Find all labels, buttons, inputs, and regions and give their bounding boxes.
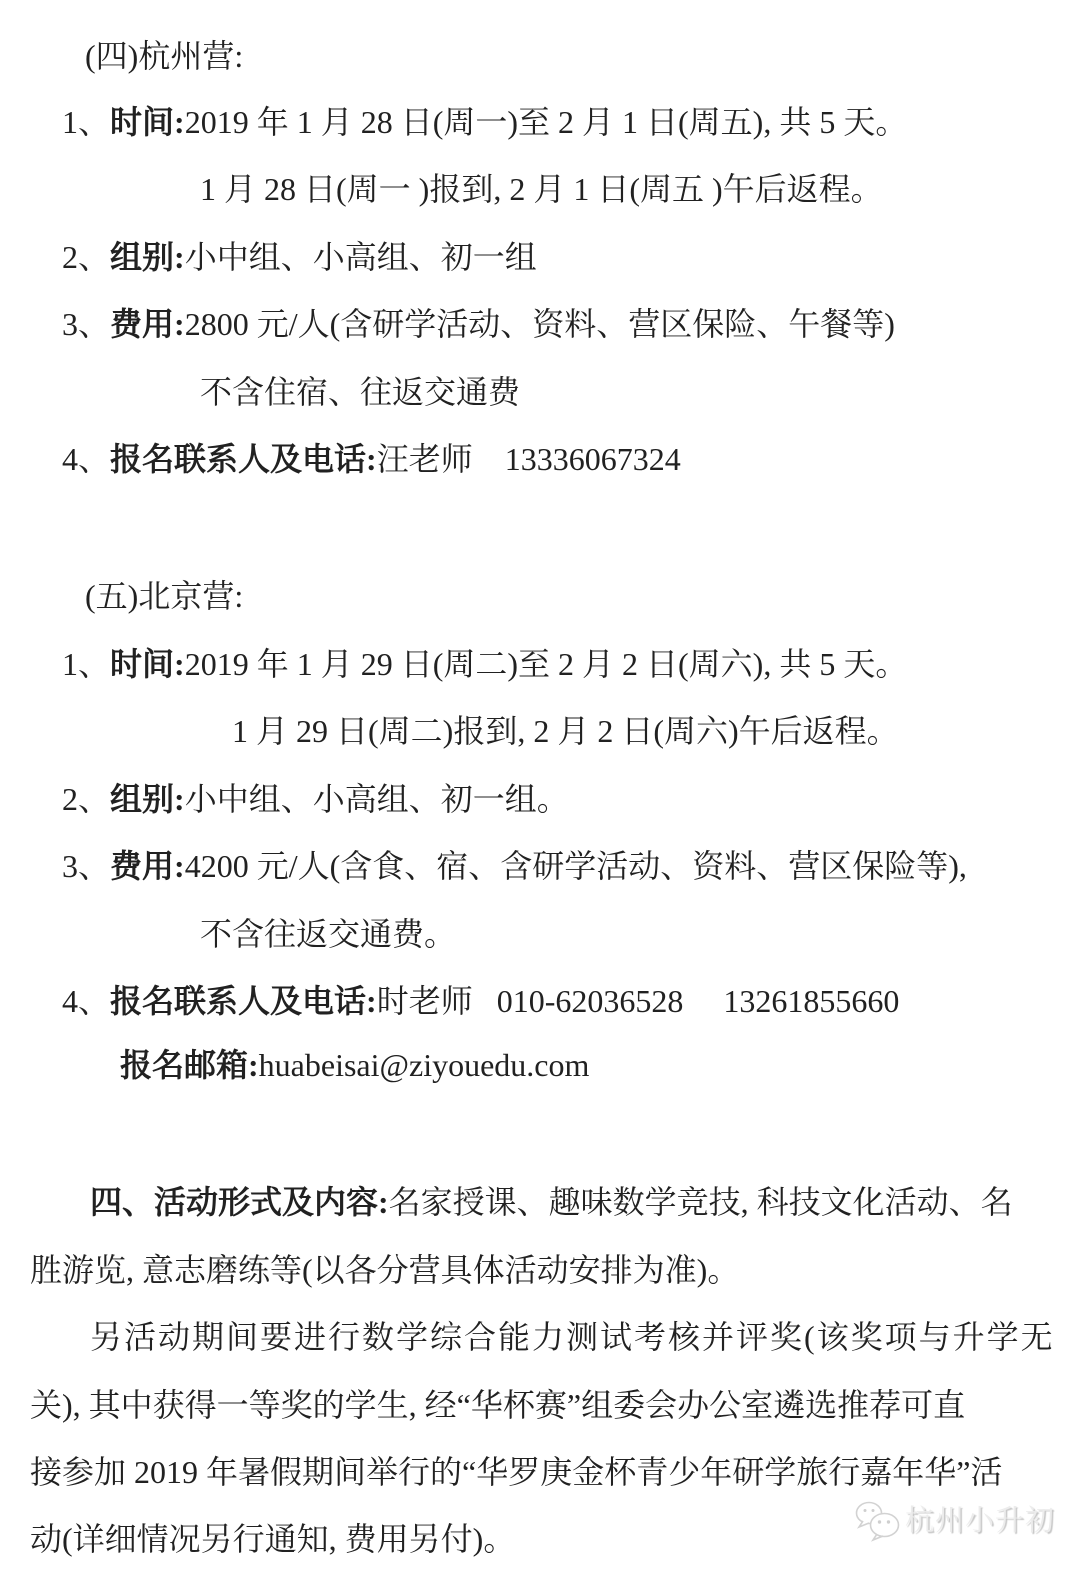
activities-paragraph2-line2: 关), 其中获得一等奖的学生, 经“华杯赛”组委会办公室遴选推荐可直 — [30, 1385, 965, 1425]
activities-paragraph1-line1: 四、活动形式及内容:名家授课、趣味数学竞技, 科技文化活动、名 — [90, 1182, 1013, 1222]
activities-paragraph2-line4: 动(详细情况另行通知, 费用另付)。 — [30, 1519, 515, 1559]
hangzhou-fee-line: 3、费用:2800 元/人(含研学活动、资料、营区保险、午餐等) — [62, 304, 895, 344]
activities-paragraph1-line2: 胜游览, 意志磨练等(以各分营具体活动安排为准)。 — [30, 1250, 739, 1290]
item-value: 2800 元/人(含研学活动、资料、营区保险、午餐等) — [185, 306, 895, 342]
watermark-text: 杭州小升初 — [905, 1503, 1055, 1539]
item-number: 3、 — [62, 306, 110, 342]
item-number: 2、 — [62, 781, 110, 817]
item-number: 4、 — [62, 983, 110, 1019]
item-value: 2019 年 1 月 28 日(周一)至 2 月 1 日(周五), 共 5 天。 — [185, 104, 908, 140]
item-label: 费用: — [110, 306, 185, 342]
activities-paragraph2-line1: 另活动期间要进行数学综合能力测试考核并评奖(该奖项与升学无 — [90, 1317, 1055, 1357]
item-value: 不含往返交通费。 — [200, 916, 456, 952]
wechat-icon — [854, 1500, 902, 1542]
paragraph-text: 名家授课、趣味数学竞技, 科技文化活动、名 — [389, 1184, 1013, 1220]
item-label: 报名联系人及电话: — [110, 441, 377, 477]
item-value: 2019 年 1 月 29 日(周二)至 2 月 2 日(周六), 共 5 天。 — [185, 646, 908, 682]
beijing-camp-heading: (五)北京营: — [85, 576, 243, 616]
paragraph-text: 胜游览, 意志磨练等(以各分营具体活动安排为准)。 — [30, 1252, 739, 1288]
item-number: 1、 — [62, 646, 110, 682]
item-value: 小中组、小高组、初一组 — [185, 239, 537, 275]
paragraph-text: 动(详细情况另行通知, 费用另付)。 — [30, 1521, 515, 1557]
item-value: 1 月 29 日(周二)报到, 2 月 2 日(周六)午后返程。 — [232, 713, 899, 749]
item-label: 时间: — [110, 646, 185, 682]
section-lead: 四、活动形式及内容: — [90, 1184, 389, 1220]
paragraph-text: 另活动期间要进行数学综合能力测试考核并评奖(该奖项与升学无 — [90, 1319, 1055, 1355]
activities-paragraph2-line3: 接参加 2019 年暑假期间举行的“华罗庚金杯青少年研学旅行嘉年华”活 — [30, 1452, 1002, 1492]
heading-text: (四)杭州营: — [85, 38, 243, 74]
item-label: 组别: — [110, 781, 185, 817]
paragraph-text: 接参加 2019 年暑假期间举行的“华罗庚金杯青少年研学旅行嘉年华”活 — [30, 1454, 1002, 1490]
hangzhou-camp-heading: (四)杭州营: — [85, 36, 243, 76]
item-value: 4200 元/人(含食、宿、含研学活动、资料、营区保险等), — [185, 848, 967, 884]
beijing-time-line: 1、时间:2019 年 1 月 29 日(周二)至 2 月 2 日(周六), 共… — [62, 644, 907, 684]
item-value: 小中组、小高组、初一组。 — [185, 781, 569, 817]
item-number: 4、 — [62, 441, 110, 477]
beijing-contact-line: 4、报名联系人及电话:时老师 010-62036528 13261855660 — [62, 981, 899, 1021]
item-number: 3、 — [62, 848, 110, 884]
hangzhou-time-line2: 1 月 28 日(周一 )报到, 2 月 1 日(周五 )午后返程。 — [200, 169, 883, 209]
item-number: 1、 — [62, 104, 110, 140]
item-number: 2、 — [62, 239, 110, 275]
heading-text: (五)北京营: — [85, 578, 243, 614]
hangzhou-contact-line: 4、报名联系人及电话:汪老师 13336067324 — [62, 439, 681, 479]
hangzhou-time-line: 1、时间:2019 年 1 月 28 日(周一)至 2 月 1 日(周五), 共… — [62, 102, 907, 142]
item-value: 不含住宿、往返交通费 — [200, 374, 520, 410]
email-address: huabeisai@ziyouedu.com — [259, 1047, 590, 1083]
beijing-time-line2: 1 月 29 日(周二)报到, 2 月 2 日(周六)午后返程。 — [232, 711, 899, 751]
beijing-group-line: 2、组别:小中组、小高组、初一组。 — [62, 779, 569, 819]
contact-phone: 时老师 010-62036528 13261855660 — [377, 983, 900, 1019]
contact-phone: 汪老师 13336067324 — [377, 441, 681, 477]
watermark: 杭州小升初 — [854, 1500, 1055, 1542]
beijing-email-line: 报名邮箱:huabeisai@ziyouedu.com — [120, 1045, 589, 1085]
item-label: 组别: — [110, 239, 185, 275]
beijing-fee-line2: 不含往返交通费。 — [200, 914, 456, 954]
item-label: 费用: — [110, 848, 185, 884]
hangzhou-group-line: 2、组别:小中组、小高组、初一组 — [62, 237, 537, 277]
hangzhou-fee-line2: 不含住宿、往返交通费 — [200, 372, 520, 412]
item-label: 报名联系人及电话: — [110, 983, 377, 1019]
paragraph-text: 关), 其中获得一等奖的学生, 经“华杯赛”组委会办公室遴选推荐可直 — [30, 1387, 965, 1423]
beijing-fee-line: 3、费用:4200 元/人(含食、宿、含研学活动、资料、营区保险等), — [62, 846, 967, 886]
item-label: 时间: — [110, 104, 185, 140]
item-value: 1 月 28 日(周一 )报到, 2 月 1 日(周五 )午后返程。 — [200, 171, 883, 207]
item-label: 报名邮箱: — [120, 1047, 259, 1083]
